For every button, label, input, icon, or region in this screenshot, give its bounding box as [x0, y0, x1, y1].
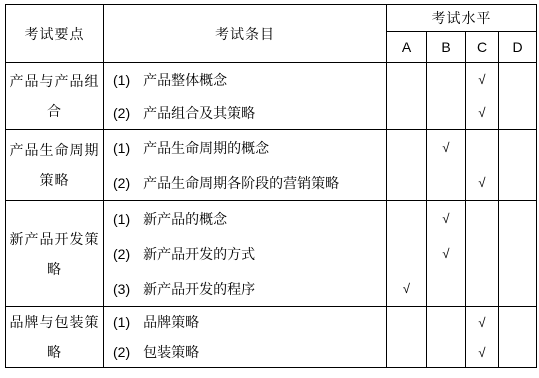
exam-item: (1) 产品生命周期的概念	[104, 130, 386, 165]
item-number: (1)	[113, 140, 130, 156]
item-number: (3)	[113, 281, 130, 297]
item-text: 产品生命周期各阶段的营销策略	[143, 173, 339, 193]
check-mark: √	[403, 282, 410, 295]
check-mark: √	[478, 73, 485, 86]
level-a-cell	[387, 63, 427, 130]
check-mark: √	[478, 106, 485, 119]
header-level: 考试水平	[387, 5, 537, 32]
items-cell: (1) 产品生命周期的概念 (2) 产品生命周期各阶段的营销策略	[104, 130, 387, 201]
exam-item: (1) 产品整体概念	[104, 63, 386, 96]
item-number: (1)	[113, 211, 130, 227]
items-cell: (1) 新产品的概念 (2) 新产品开发的方式 (3) 新产品开发的程序	[104, 201, 387, 307]
check-mark: √	[442, 212, 449, 225]
items-cell: (1) 品牌策略 (2) 包装策略	[104, 307, 387, 368]
document-page: 考试要点 考试条目 考试水平 A B C D 产品与产品组合 (1) 产品整体概…	[0, 0, 539, 378]
table-row: 产品生命周期策略 (1) 产品生命周期的概念 (2) 产品生命周期各阶段的营销策…	[6, 130, 537, 201]
exam-item: (2) 包装策略	[104, 337, 386, 367]
level-b-cell: √	[427, 130, 466, 201]
level-c-cell	[466, 201, 499, 307]
item-text: 包装策略	[143, 342, 199, 362]
level-c-cell: √ √	[466, 63, 499, 130]
item-text: 品牌策略	[143, 312, 199, 332]
item-text: 产品生命周期的概念	[143, 138, 269, 158]
table-row: 新产品开发策略 (1) 新产品的概念 (2) 新产品开发的方式 (3) 新产品开…	[6, 201, 537, 307]
level-c-cell: √ √	[466, 307, 499, 368]
items-cell: (1) 产品整体概念 (2) 产品组合及其策略	[104, 63, 387, 130]
level-b-cell	[427, 307, 466, 368]
table-row: 产品与产品组合 (1) 产品整体概念 (2) 产品组合及其策略	[6, 63, 537, 130]
level-a-cell: √	[387, 201, 427, 307]
item-number: (2)	[113, 105, 130, 121]
level-b-cell	[427, 63, 466, 130]
check-mark: √	[478, 346, 485, 359]
exam-item: (2) 产品组合及其策略	[104, 96, 386, 129]
level-c-cell: √	[466, 130, 499, 201]
item-number: (2)	[113, 246, 130, 262]
table-row: 品牌与包装策略 (1) 品牌策略 (2) 包装策略 √	[6, 307, 537, 368]
exam-item: (2) 新产品开发的方式	[104, 236, 386, 271]
topic-cell: 品牌与包装策略	[6, 307, 104, 368]
level-d-cell	[499, 307, 537, 368]
level-b-cell: √ √	[427, 201, 466, 307]
item-text: 新产品的概念	[143, 209, 227, 229]
item-text: 产品组合及其策略	[143, 103, 255, 123]
item-number: (2)	[113, 344, 130, 360]
item-number: (2)	[113, 175, 130, 191]
header-level-b: B	[427, 32, 466, 63]
topic-cell: 产品生命周期策略	[6, 130, 104, 201]
header-item: 考试条目	[104, 5, 387, 63]
level-a-cell	[387, 307, 427, 368]
item-text: 产品整体概念	[143, 70, 227, 90]
item-text: 新产品开发的程序	[143, 279, 255, 299]
check-mark: √	[478, 316, 485, 329]
header-row-top: 考试要点 考试条目 考试水平	[6, 5, 537, 32]
exam-item: (3) 新产品开发的程序	[104, 271, 386, 306]
header-level-d: D	[499, 32, 537, 63]
check-mark: √	[442, 141, 449, 154]
header-level-a: A	[387, 32, 427, 63]
exam-outline-table: 考试要点 考试条目 考试水平 A B C D 产品与产品组合 (1) 产品整体概…	[5, 4, 537, 368]
level-d-cell	[499, 201, 537, 307]
exam-item: (1) 品牌策略	[104, 307, 386, 337]
level-d-cell	[499, 130, 537, 201]
level-a-cell	[387, 130, 427, 201]
level-d-cell	[499, 63, 537, 130]
item-number: (1)	[113, 314, 130, 330]
check-mark: √	[478, 176, 485, 189]
exam-item: (2) 产品生命周期各阶段的营销策略	[104, 165, 386, 200]
topic-cell: 产品与产品组合	[6, 63, 104, 130]
item-number: (1)	[113, 72, 130, 88]
header-level-c: C	[466, 32, 499, 63]
check-mark: √	[442, 247, 449, 260]
topic-cell: 新产品开发策略	[6, 201, 104, 307]
header-topic: 考试要点	[6, 5, 104, 63]
item-text: 新产品开发的方式	[143, 244, 255, 264]
exam-item: (1) 新产品的概念	[104, 201, 386, 236]
